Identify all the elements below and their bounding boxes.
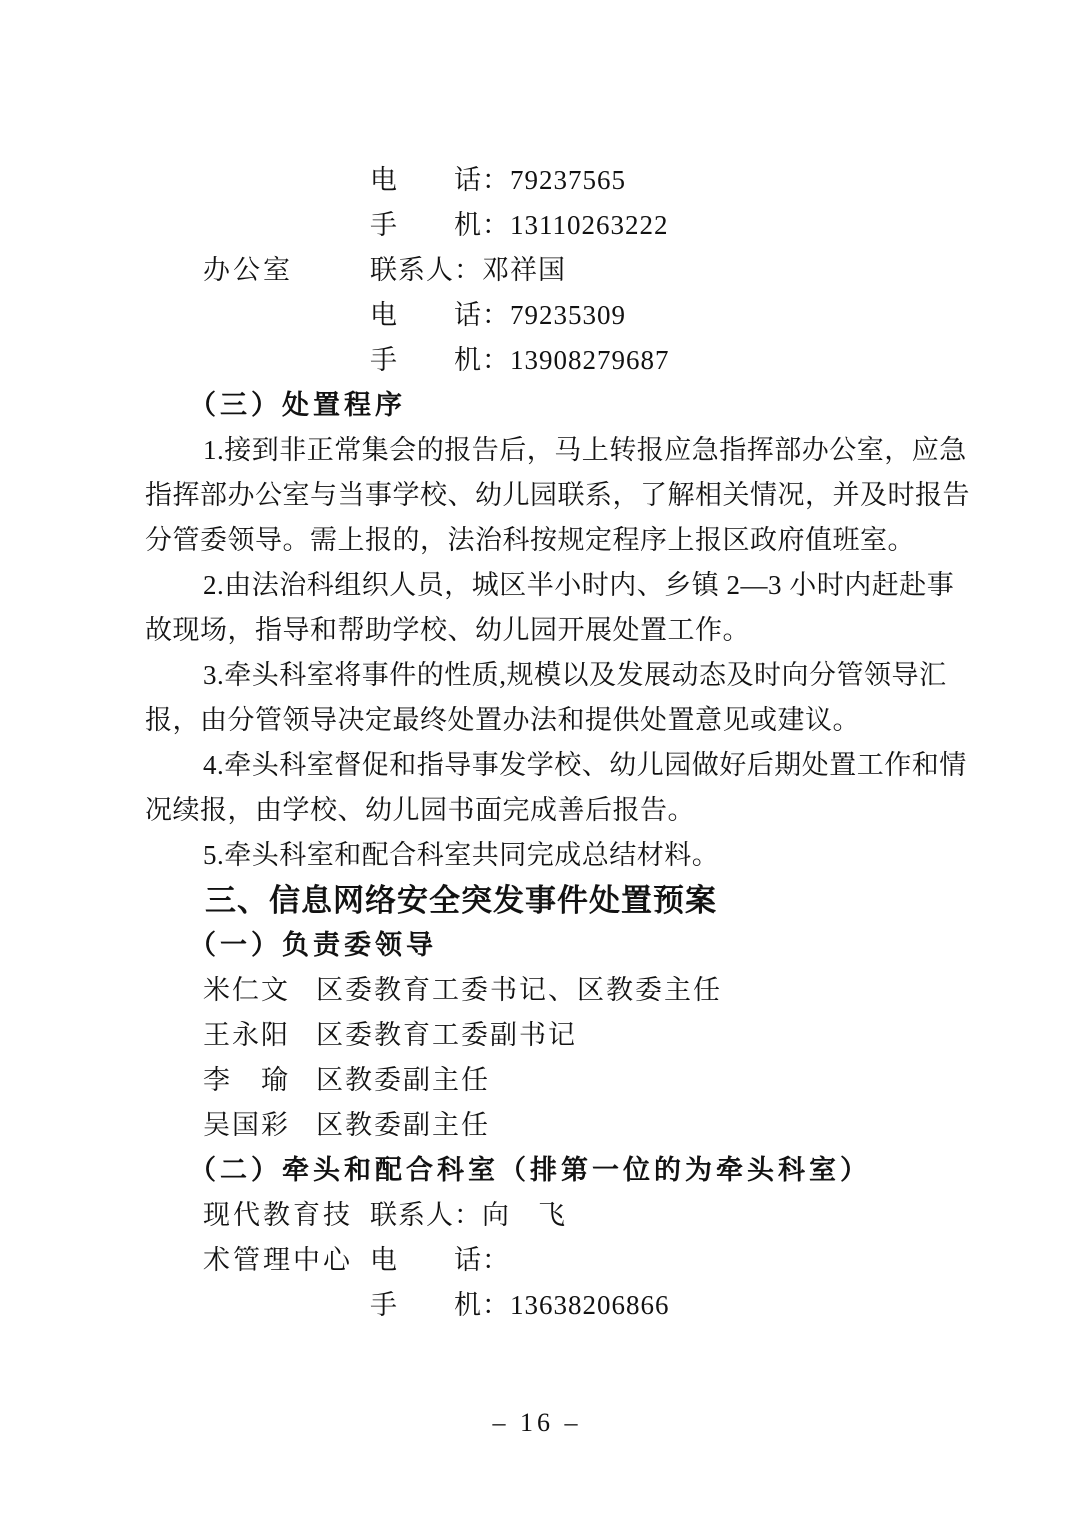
procedure-3-line: 报，由分管领导决定最终处置办法和提供处置意见或建议。 <box>145 698 960 743</box>
department-name-line: 术管理中心 <box>145 1238 370 1283</box>
chapter-heading-network-security-plan: 三、信息网络安全突发事件处置预案 <box>145 878 960 923</box>
contact-row: 电 话：79235309 <box>145 293 960 338</box>
leader-name: 王永阳 <box>203 1013 290 1058</box>
contact-mobile-value: 手 机：13110263222 <box>370 203 960 248</box>
contact-phone-value: 电 话：79237565 <box>370 158 960 203</box>
leader-row: 王永阳区委教育工委副书记 <box>145 1013 960 1058</box>
contact-office-label: 办公室 <box>145 248 370 293</box>
procedure-1-line: 1.接到非正常集会的报告后，马上转报应急指挥部办公室，应急 <box>145 428 960 473</box>
page-number: – 16 – <box>0 1408 1074 1438</box>
procedure-5-line: 5.牵头科室和配合科室共同完成总结材料。 <box>145 833 960 878</box>
procedure-1-line: 分管委领导。需上报的，法治科按规定程序上报区政府值班室。 <box>145 518 960 563</box>
contact-label <box>145 338 370 383</box>
contact-mobile-value: 手 机：13638206866 <box>370 1283 960 1328</box>
contact-label <box>145 293 370 338</box>
leader-name: 吴国彩 <box>203 1103 290 1148</box>
contact-phone-value: 电 话： <box>370 1238 960 1283</box>
procedure-3-line: 3.牵头科室将事件的性质,规模以及发展动态及时向分管领导汇 <box>145 653 960 698</box>
leader-row: 吴国彩区教委副主任 <box>145 1103 960 1148</box>
department-name-line: 现代教育技 <box>145 1193 370 1238</box>
contact-label <box>145 203 370 248</box>
contact-person-value: 联系人：向 飞 <box>370 1193 960 1238</box>
contact-row: 手 机：13110263222 <box>145 203 960 248</box>
contact-phone-value: 电 话：79235309 <box>370 293 960 338</box>
contact-mobile-value: 手 机：13908279687 <box>370 338 960 383</box>
contact-row: 办公室 联系人：邓祥国 <box>145 248 960 293</box>
leader-title: 区教委副主任 <box>316 1065 490 1095</box>
leader-row: 米仁文区委教育工委书记、区教委主任 <box>145 968 960 1013</box>
section-heading-responsible-leaders: （一）负责委领导 <box>145 923 960 968</box>
procedure-1-line: 指挥部办公室与当事学校、幼儿园联系，了解相关情况，并及时报告 <box>145 473 960 518</box>
leader-row: 李 瑜区教委副主任 <box>145 1058 960 1103</box>
contact-label <box>145 158 370 203</box>
leader-title: 区委教育工委书记、区教委主任 <box>316 975 722 1005</box>
leader-title: 区委教育工委副书记 <box>316 1020 577 1050</box>
contact-row: 手 机：13638206866 <box>145 1283 960 1328</box>
contact-row: 术管理中心 电 话： <box>145 1238 960 1283</box>
leader-name: 米仁文 <box>203 968 290 1013</box>
contact-row: 现代教育技 联系人：向 飞 <box>145 1193 960 1238</box>
contact-label <box>145 1283 370 1328</box>
contact-row: 手 机：13908279687 <box>145 338 960 383</box>
leader-name: 李 瑜 <box>203 1058 290 1103</box>
procedure-2-line: 故现场，指导和帮助学校、幼儿园开展处置工作。 <box>145 608 960 653</box>
contact-person-value: 联系人：邓祥国 <box>370 248 960 293</box>
contact-row: 电 话：79237565 <box>145 158 960 203</box>
leader-title: 区教委副主任 <box>316 1110 490 1140</box>
procedure-4-line: 况续报，由学校、幼儿园书面完成善后报告。 <box>145 788 960 833</box>
section-heading-lead-departments: （二）牵头和配合科室（排第一位的为牵头科室） <box>145 1148 960 1193</box>
section-heading-disposal-procedure: （三）处置程序 <box>145 383 960 428</box>
procedure-2-line: 2.由法治科组织人员，城区半小时内、乡镇 2—3 小时内赶赴事 <box>145 563 960 608</box>
document-page: 电 话：79237565 手 机：13110263222 办公室 联系人：邓祥国… <box>0 0 1074 1520</box>
document-content: 电 话：79237565 手 机：13110263222 办公室 联系人：邓祥国… <box>145 158 960 1328</box>
procedure-4-line: 4.牵头科室督促和指导事发学校、幼儿园做好后期处置工作和情 <box>145 743 960 788</box>
